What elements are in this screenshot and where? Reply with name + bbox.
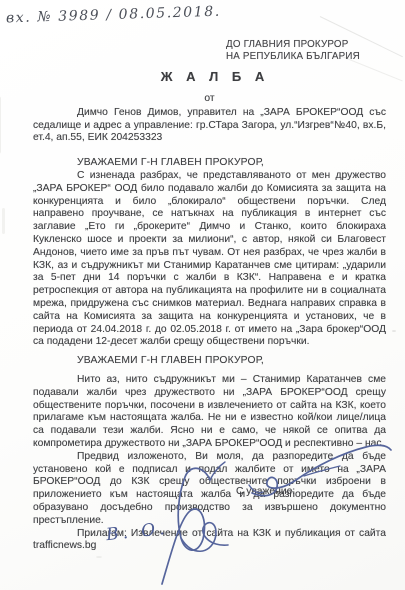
scanned-complaint-page: вх. № 3989 / 08.05.2018. ДО ГЛАВНИЯ ПРОК…: [0, 0, 405, 590]
recipient-block: ДО ГЛАВНИЯ ПРОКУРОР НА РЕПУБЛИКА БЪЛГАРИ…: [226, 39, 360, 62]
sender-info: Димчо Генов Димов, управител на „ЗАРА БР…: [33, 107, 386, 145]
registration-number-handwritten: вх. № 3989 / 08.05.2018.: [6, 4, 221, 27]
body-paragraph-2: Нито аз, нито съдружникът ми – Станимир …: [33, 374, 386, 451]
document-title: Ж А Л Б А: [0, 69, 405, 84]
scan-speck: [96, 556, 102, 558]
salutation-2: УВАЖАЕМИ Г-Н ГЛАВЕН ПРОКУРОР,: [33, 355, 386, 368]
scan-edge-smudge: [0, 96, 1, 154]
body-paragraph-1: С изненада разбрах, че представляваното …: [33, 170, 386, 349]
scan-speck: [392, 330, 396, 332]
salutation-1: УВАЖАЕМИ Г-Н ГЛАВЕН ПРОКУРОР,: [33, 157, 386, 170]
signature-scribble-manager: [246, 441, 396, 503]
from-label: от: [33, 93, 386, 106]
signature-flourish: [118, 458, 268, 590]
scan-edge-smudge: [2, 208, 5, 234]
recipient-line-1: ДО ГЛАВНИЯ ПРОКУРОР: [226, 39, 360, 51]
recipient-line-2: НА РЕПУБЛИКА БЪЛГАРИЯ: [226, 51, 360, 63]
